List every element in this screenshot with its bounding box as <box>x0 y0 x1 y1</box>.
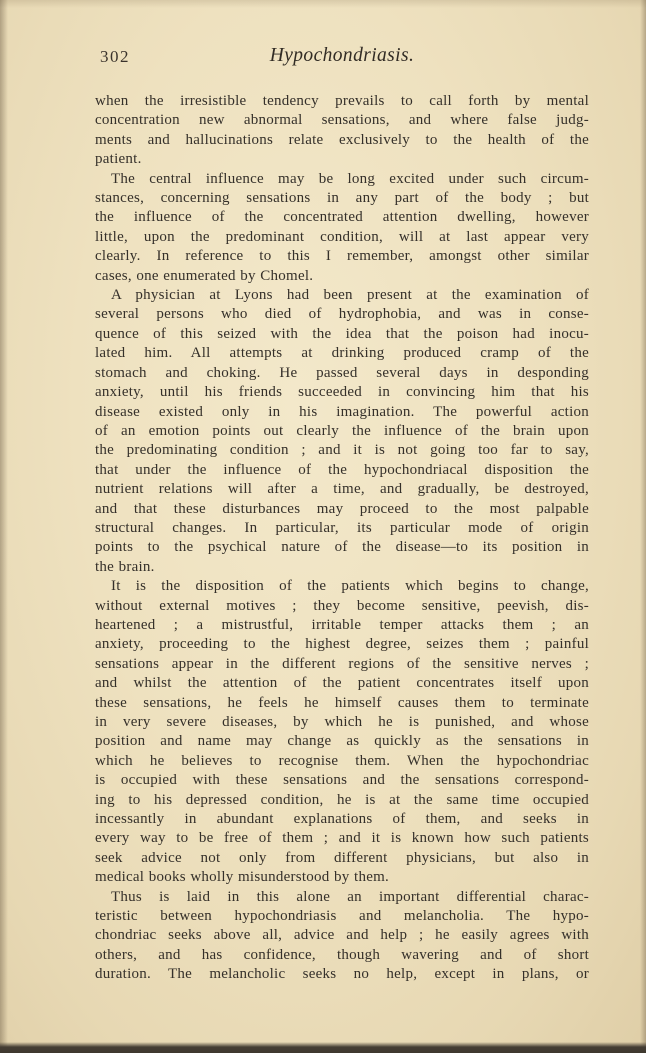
text-line: when the irresistible tendency prevails … <box>95 92 589 111</box>
text-line: the influence of the concentrated attent… <box>95 208 589 227</box>
text-line: stances, concerning sensations in any pa… <box>95 189 589 208</box>
text-line: seek advice not only from different phys… <box>95 849 589 868</box>
text-line: stomach and choking. He passed several d… <box>95 364 589 383</box>
text-line: several persons who died of hydrophobia,… <box>95 305 589 324</box>
book-page-scan: 302 Hypochondriasis. when the irresistib… <box>0 0 646 1053</box>
text-line: is occupied with these sensations and th… <box>95 771 589 790</box>
page-body: when the irresistible tendency prevails … <box>95 92 589 985</box>
page-number: 302 <box>100 47 130 67</box>
text-line: anxiety, until his friends succeeded in … <box>95 383 589 402</box>
paragraph: It is the disposition of the patients wh… <box>95 577 589 888</box>
text-line: duration. The melancholic seeks no help,… <box>95 965 589 984</box>
text-line: structural changes. In particular, its p… <box>95 519 589 538</box>
text-line: and whilst the attention of the patient … <box>95 674 589 693</box>
text-line: It is the disposition of the patients wh… <box>95 577 589 596</box>
text-line: and that these disturbances may proceed … <box>95 500 589 519</box>
text-line: medical books wholly misunderstood by th… <box>95 868 589 887</box>
text-line: position and name may change as quickly … <box>95 732 589 751</box>
text-line: that under the influence of the hypochon… <box>95 461 589 480</box>
text-line: the brain. <box>95 558 589 577</box>
paragraph: A physician at Lyons had been present at… <box>95 286 589 577</box>
text-line: incessantly in abundant explanations of … <box>95 810 589 829</box>
text-line: the predominating condition ; and it is … <box>95 441 589 460</box>
text-line: ing to his depressed condition, he is at… <box>95 791 589 810</box>
text-line: Thus is laid in this alone an important … <box>95 888 589 907</box>
text-line: without external motives ; they become s… <box>95 597 589 616</box>
text-line: lated him. All attempts at drinking prod… <box>95 344 589 363</box>
text-line: concentration new abnormal sensations, a… <box>95 111 589 130</box>
page-content: 302 Hypochondriasis. when the irresistib… <box>95 0 589 985</box>
text-line: of an emotion points out clearly the inf… <box>95 422 589 441</box>
text-line: heartened ; a mistrustful, irritable tem… <box>95 616 589 635</box>
text-line: points to the psychical nature of the di… <box>95 538 589 557</box>
text-line: sensations appear in the different regio… <box>95 655 589 674</box>
text-line: nutrient relations will after a time, an… <box>95 480 589 499</box>
paragraph: when the irresistible tendency prevails … <box>95 92 589 170</box>
page-header: 302 Hypochondriasis. <box>95 45 589 71</box>
paragraph: Thus is laid in this alone an important … <box>95 888 589 985</box>
text-line: A physician at Lyons had been present at… <box>95 286 589 305</box>
text-line: cases, one enumerated by Chomel. <box>95 267 589 286</box>
text-line: chondriac seeks above all, advice and he… <box>95 926 589 945</box>
text-line: little, upon the predominant condition, … <box>95 228 589 247</box>
text-line: quence of this seized with the idea that… <box>95 325 589 344</box>
running-title: Hypochondriasis. <box>95 45 589 67</box>
text-line: others, and has confidence, though waver… <box>95 946 589 965</box>
text-line: which he believes to recognise them. Whe… <box>95 752 589 771</box>
text-line: anxiety, proceeding to the highest degre… <box>95 635 589 654</box>
paragraph: The central influence may be long excite… <box>95 170 589 286</box>
text-line: in very severe diseases, by which he is … <box>95 713 589 732</box>
text-line: The central influence may be long excite… <box>95 170 589 189</box>
text-line: disease existed only in his imagination.… <box>95 403 589 422</box>
text-line: patient. <box>95 150 589 169</box>
text-line: clearly. In reference to this I remember… <box>95 247 589 266</box>
text-line: teristic between hypochondriasis and mel… <box>95 907 589 926</box>
text-line: these sensations, he feels he himself ca… <box>95 694 589 713</box>
text-line: every way to be free of them ; and it is… <box>95 829 589 848</box>
text-line: ments and hallucinations relate exclusiv… <box>95 131 589 150</box>
